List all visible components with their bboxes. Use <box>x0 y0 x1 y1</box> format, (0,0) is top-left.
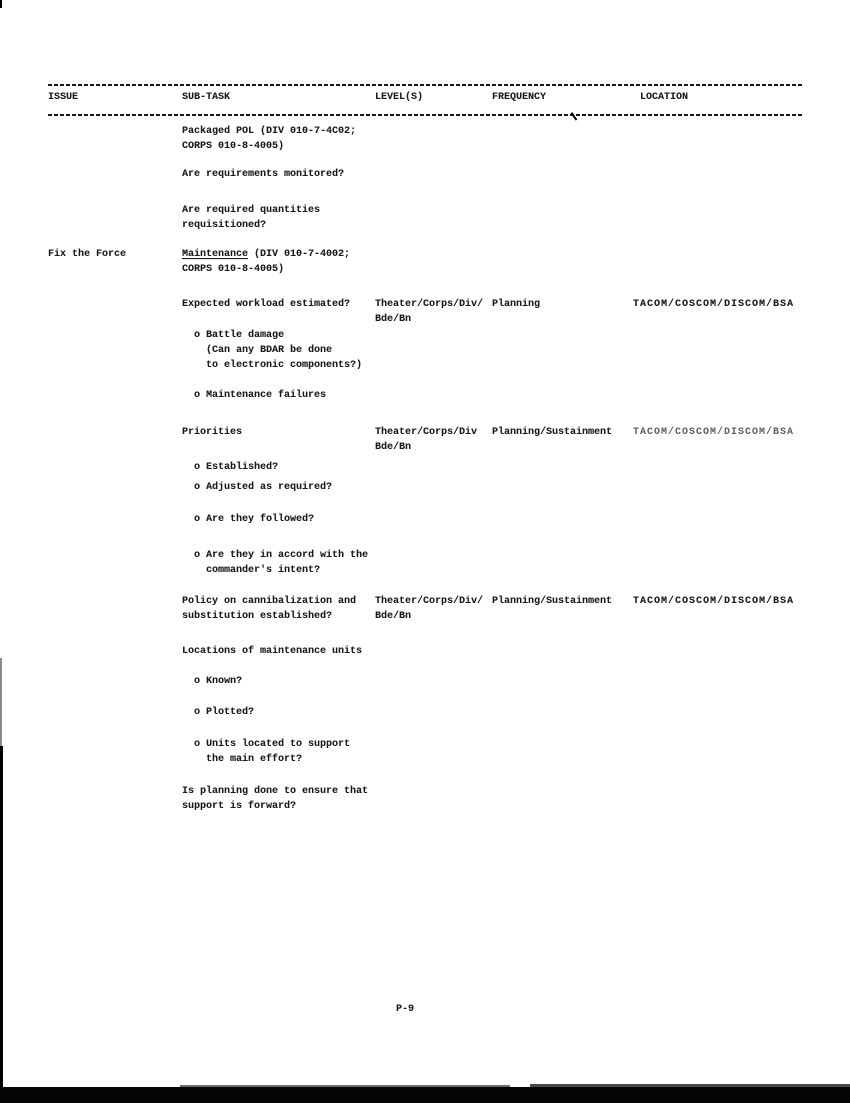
scan-artifact-top-left <box>0 0 2 8</box>
header-dashed-rule-top <box>48 84 803 86</box>
level-cell: Theater/Corps/Div/ Bde/Bn <box>375 594 483 624</box>
page-number: P-9 <box>396 1002 414 1017</box>
subtask-cell: Locations of maintenance units <box>182 644 362 659</box>
column-header-levels: LEVEL(S) <box>375 90 423 105</box>
subtask-bullet: o Are they followed? <box>182 512 314 527</box>
scan-artifact-left-line-black <box>0 746 3 1103</box>
header-dashed-rule-bottom <box>48 114 803 116</box>
subtask-cell: Packaged POL (DIV 010-7-4C02; CORPS 010-… <box>182 124 356 154</box>
subtask-bullet: o Plotted? <box>182 705 254 720</box>
subtask-cell: Are required quantities requisitioned? <box>182 203 320 233</box>
subtask-cell: Priorities <box>182 425 242 440</box>
subtask-bullet: o Maintenance failures <box>182 388 326 403</box>
frequency-cell: Planning <box>492 297 540 312</box>
issue-cell: Fix the Force <box>48 247 126 262</box>
column-header-frequency: FREQUENCY <box>492 90 546 105</box>
level-cell: Theater/Corps/Div/ Bde/Bn <box>375 297 483 327</box>
subtask-bullet: o Established? <box>182 460 278 475</box>
frequency-cell: Planning/Sustainment <box>492 594 612 609</box>
subtask-underlined-title: Maintenance <box>182 249 248 260</box>
subtask-cell: Is planning done to ensure that support … <box>182 784 368 814</box>
subtask-bullet: o Battle damage (Can any BDAR be done to… <box>182 328 362 373</box>
frequency-cell: Planning/Sustainment <box>492 425 612 440</box>
column-header-subtask: SUB-TASK <box>182 90 230 105</box>
location-cell: TACOM/COSCOM/DISCOM/BSA <box>633 297 794 312</box>
level-cell: Theater/Corps/Div Bde/Bn <box>375 425 477 455</box>
column-header-location: LOCATION <box>640 90 688 105</box>
location-cell: TACOM/COSCOM/DISCOM/BSA <box>633 425 794 440</box>
subtask-bullet: o Units located to support the main effo… <box>182 737 350 767</box>
subtask-cell: Policy on cannibalization and substituti… <box>182 594 356 624</box>
scan-artifact-left-line-gray <box>0 658 2 746</box>
subtask-cell: Expected workload estimated? <box>182 297 350 312</box>
subtask-cell: Are requirements monitored? <box>182 167 344 182</box>
subtask-bullet: o Known? <box>182 674 242 689</box>
location-cell: TACOM/COSCOM/DISCOM/BSA <box>633 594 794 609</box>
column-header-issue: ISSUE <box>48 90 78 105</box>
scanned-document-page: ISSUE SUB-TASK LEVEL(S) FREQUENCY LOCATI… <box>0 0 850 1103</box>
subtask-bullet: o Adjusted as required? <box>182 480 332 495</box>
subtask-bullet: o Are they in accord with the commander'… <box>182 548 368 578</box>
scan-black-bottom-bar <box>0 1087 850 1103</box>
subtask-cell: Maintenance (DIV 010-7-4002; CORPS 010-8… <box>182 247 350 277</box>
